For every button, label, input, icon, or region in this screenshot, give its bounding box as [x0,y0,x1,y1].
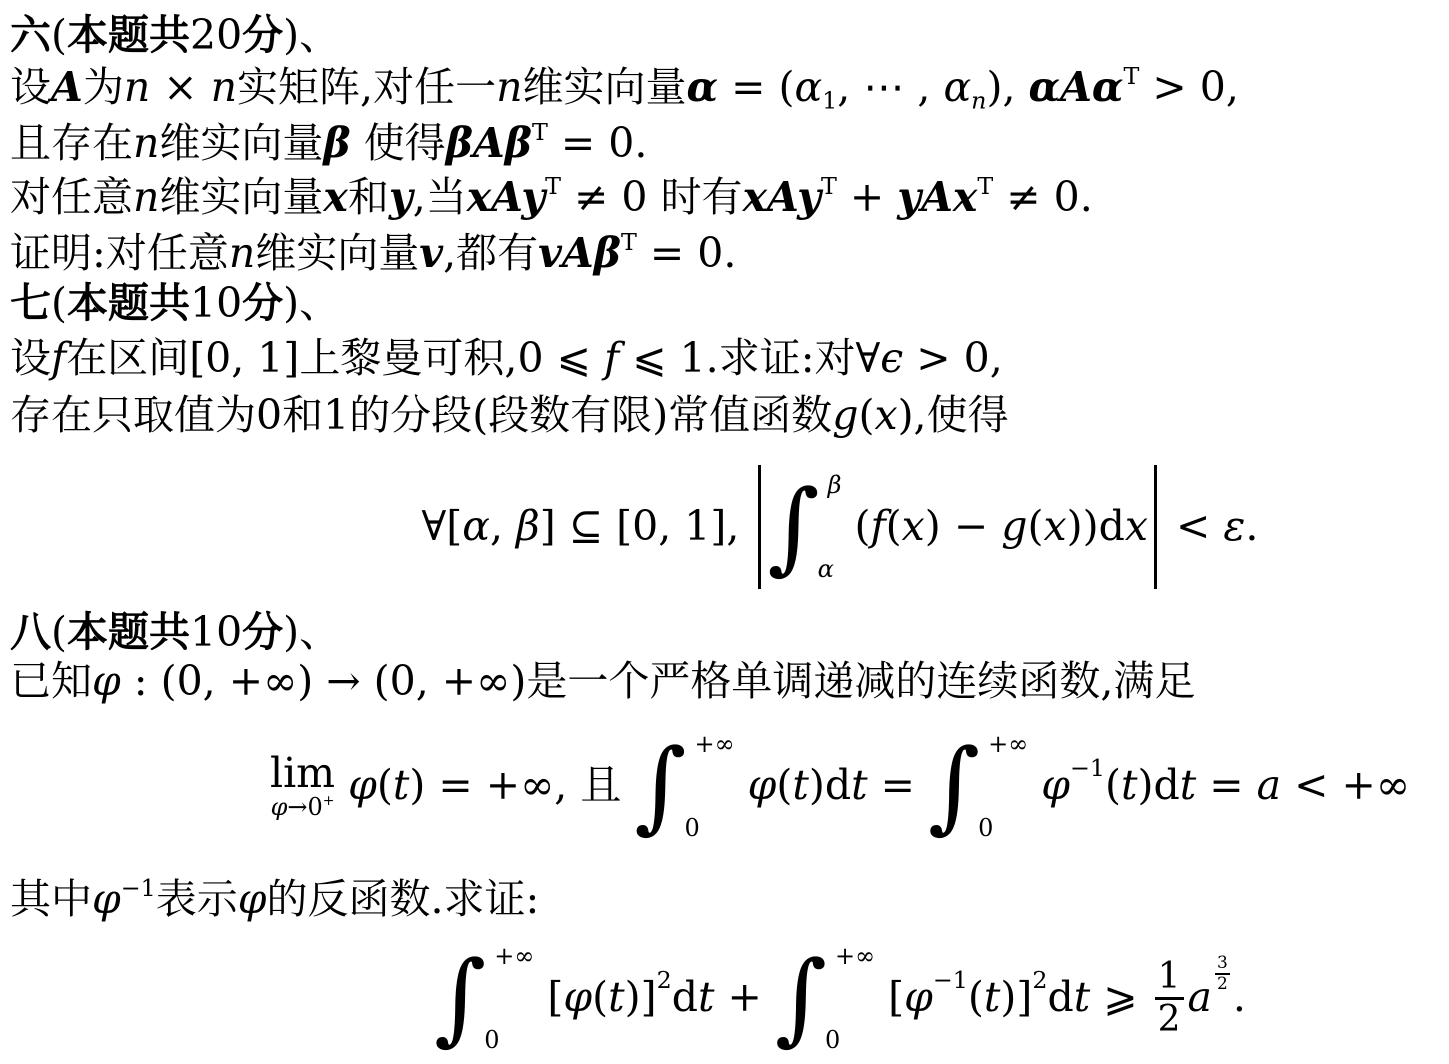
fraction: 32 [1214,954,1231,993]
exam-document-page: 六(本题共20分)、设A为n × n实矩阵,对任一n维实向量α = (α1, ⋯… [0,0,1449,1064]
limit-operator: limφ→0+ [270,752,335,820]
problem-8-display-formula-1: limφ→0+ φ(t) = +∞, 且 ∫+∞0 φ(t)dt = ∫+∞0 … [240,724,1440,848]
problem-7-line-1: 设f在区间[0, 1]上黎曼可积,0 ⩽ f ⩽ 1.求证:对∀ϵ > 0, [10,333,1003,384]
problem-6-line-3: 对任意n维实向量x和y,当xAyT ≠ 0 时有xAyT + yAxT ≠ 0. [10,172,1093,223]
problem-7-display-formula: ∀[α, β] ⊆ [0, 1], ∫βα (f(x) − g(x))dx < … [240,460,1440,594]
problem-8-header: 八(本题共10分)、 [10,607,340,658]
integral-sign: ∫βα [767,473,841,581]
integral-sign: ∫+∞0 [434,944,534,1052]
problem-8-display-formula-2: ∫+∞0 [φ(t)]2dt + ∫+∞0 [φ−1(t)]2dt ⩾ 12a3… [240,934,1440,1062]
integral-sign: ∫+∞0 [775,944,875,1052]
problem-6-line-2: 且存在n维实向量β 使得βAβT = 0. [10,118,647,169]
absolute-value-bar [1154,465,1157,589]
integral-sign: ∫+∞0 [928,732,1028,840]
problem-7-line-2: 存在只取值为0和1的分段(段数有限)常值函数g(x),使得 [10,390,1009,441]
problem-6-header: 六(本题共20分)、 [10,10,340,61]
integral-sign: ∫+∞0 [634,732,734,840]
problem-8-line-2: 其中φ−1表示φ的反函数.求证: [10,874,539,925]
absolute-value-bar [758,465,761,589]
problem-6-line-4: 证明:对任意n维实向量v,都有vAβT = 0. [10,228,736,279]
problem-6-line-1: 设A为n × n实矩阵,对任一n维实向量α = (α1, ⋯ , αn), αA… [10,62,1239,113]
problem-7-header: 七(本题共10分)、 [10,278,340,329]
problem-8-line-1: 已知φ : (0, +∞) → (0, +∞)是一个严格单调递减的连续函数,满足 [10,656,1195,707]
fraction: 12 [1155,957,1184,1039]
